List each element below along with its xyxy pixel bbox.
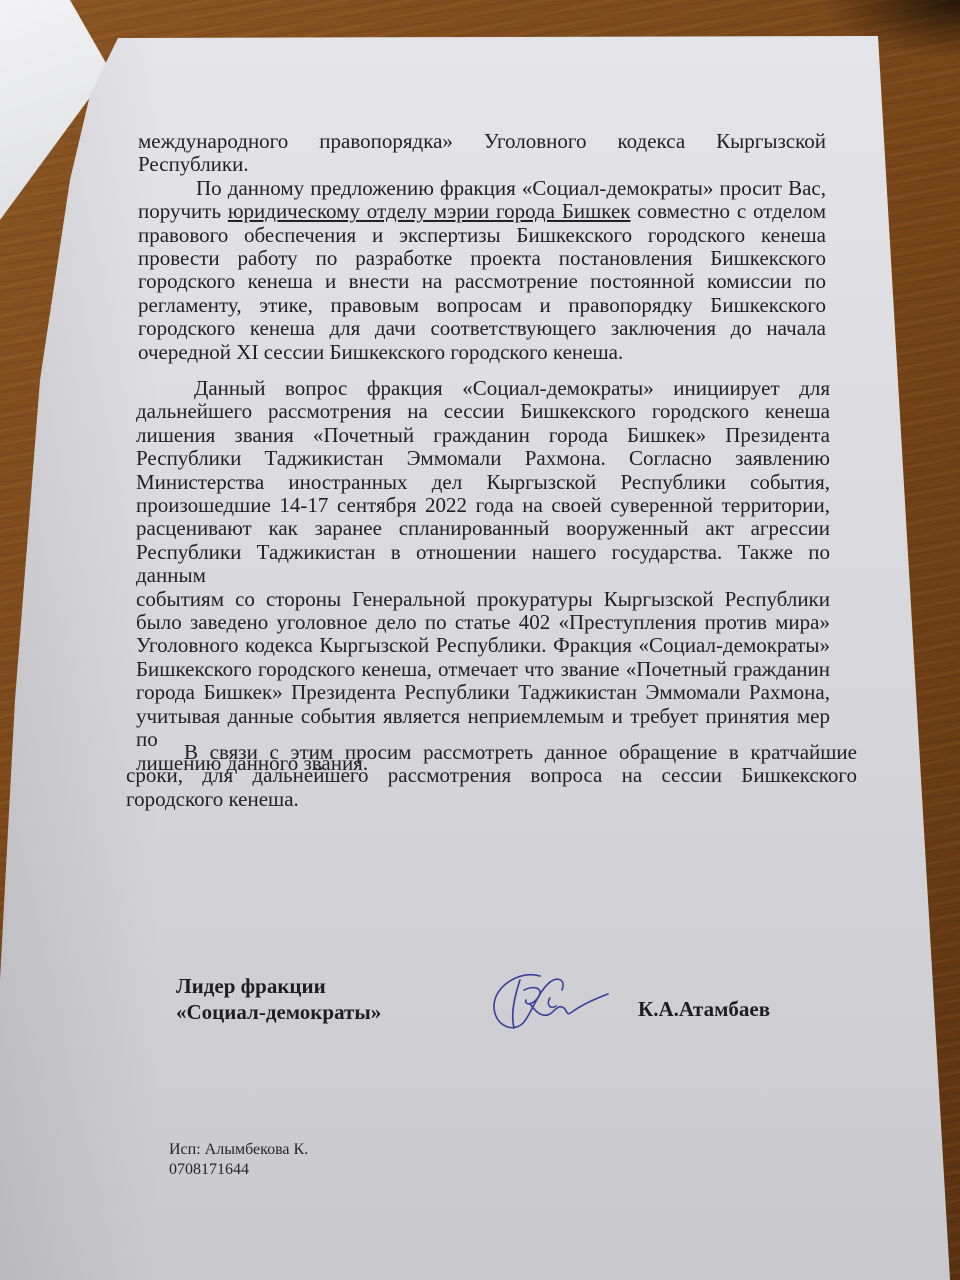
signatory-title-line-1: Лидер фракции — [176, 973, 381, 999]
executor-info: Исп: Алымбекова К. 0708171644 — [169, 1140, 308, 1180]
text-line: города Бишкек» Президента Республики Тад… — [136, 681, 830, 704]
text-line: Данный вопрос фракция «Социал-демократы»… — [136, 377, 830, 400]
text-line: было заведено уголовное дело по статье 4… — [136, 611, 830, 634]
text-line: правового обеспечения и экспертизы Бишке… — [138, 224, 826, 247]
text-fragment: совместно с отделом — [637, 199, 826, 223]
text-line: Республики Таджикистан Эммомали Рахмона.… — [136, 447, 830, 470]
paragraph-conclusion: В связи с этим просим рассмотреть данное… — [126, 741, 857, 811]
text-line: Республики Таджикистан в отношении нашег… — [136, 541, 830, 588]
text-line-with-underline: поручить юридическому отделу мэрии город… — [138, 200, 826, 223]
text-line: городского кенеша. — [126, 788, 857, 811]
text-line: расценивают как заранее спланированный в… — [136, 517, 830, 540]
text-line: городского кенеша и внести на рассмотрен… — [138, 270, 826, 293]
text-line: Министерства иностранных дел Кыргызской … — [136, 471, 830, 494]
text-line: событиям со стороны Генеральной прокурат… — [136, 588, 830, 611]
text-line: городского кенеша для дачи соответствующ… — [138, 317, 826, 340]
text-line: Бишкекского городского кенеша, отмечает … — [136, 658, 830, 681]
text-line: международного правопорядка» Уголовного … — [138, 130, 826, 153]
handwritten-signature-icon — [480, 968, 620, 1040]
paragraph-request: международного правопорядка» Уголовного … — [138, 130, 826, 364]
text-line: сроки, для дальнейшего рассмотрения вопр… — [126, 764, 857, 787]
executor-phone: 0708171644 — [169, 1160, 308, 1180]
text-line: очередной XI сессии Бишкекского городско… — [138, 341, 826, 364]
paragraph-initiative: Данный вопрос фракция «Социал-демократы»… — [136, 377, 830, 775]
signatory-title-line-2: «Социал-демократы» — [176, 999, 381, 1025]
signatory-name: К.А.Атамбаев — [638, 997, 770, 1022]
text-line: Уголовного кодекса Кыргызской Республики… — [136, 634, 830, 657]
text-line: дальнейшего рассмотрения на сессии Бишке… — [136, 400, 830, 423]
signatory-title: Лидер фракции «Социал-демократы» — [176, 973, 381, 1025]
underlined-text-legal-department: юридическому отделу мэрии города Бишкек — [228, 199, 631, 223]
text-line: произошедшие 14-17 сентября 2022 года на… — [136, 494, 830, 517]
text-line: регламенту, этике, правовым вопросам и п… — [138, 294, 826, 317]
text-fragment: поручить — [138, 199, 221, 223]
text-line: По данному предложению фракция «Социал-д… — [138, 177, 826, 200]
executor-name: Исп: Алымбекова К. — [169, 1140, 308, 1160]
text-line: В связи с этим просим рассмотреть данное… — [126, 741, 857, 764]
text-line: провести работу по разработке проекта по… — [138, 247, 826, 270]
text-line: Республики. — [138, 153, 826, 176]
text-line: лишения звания «Почетный гражданин город… — [136, 424, 830, 447]
